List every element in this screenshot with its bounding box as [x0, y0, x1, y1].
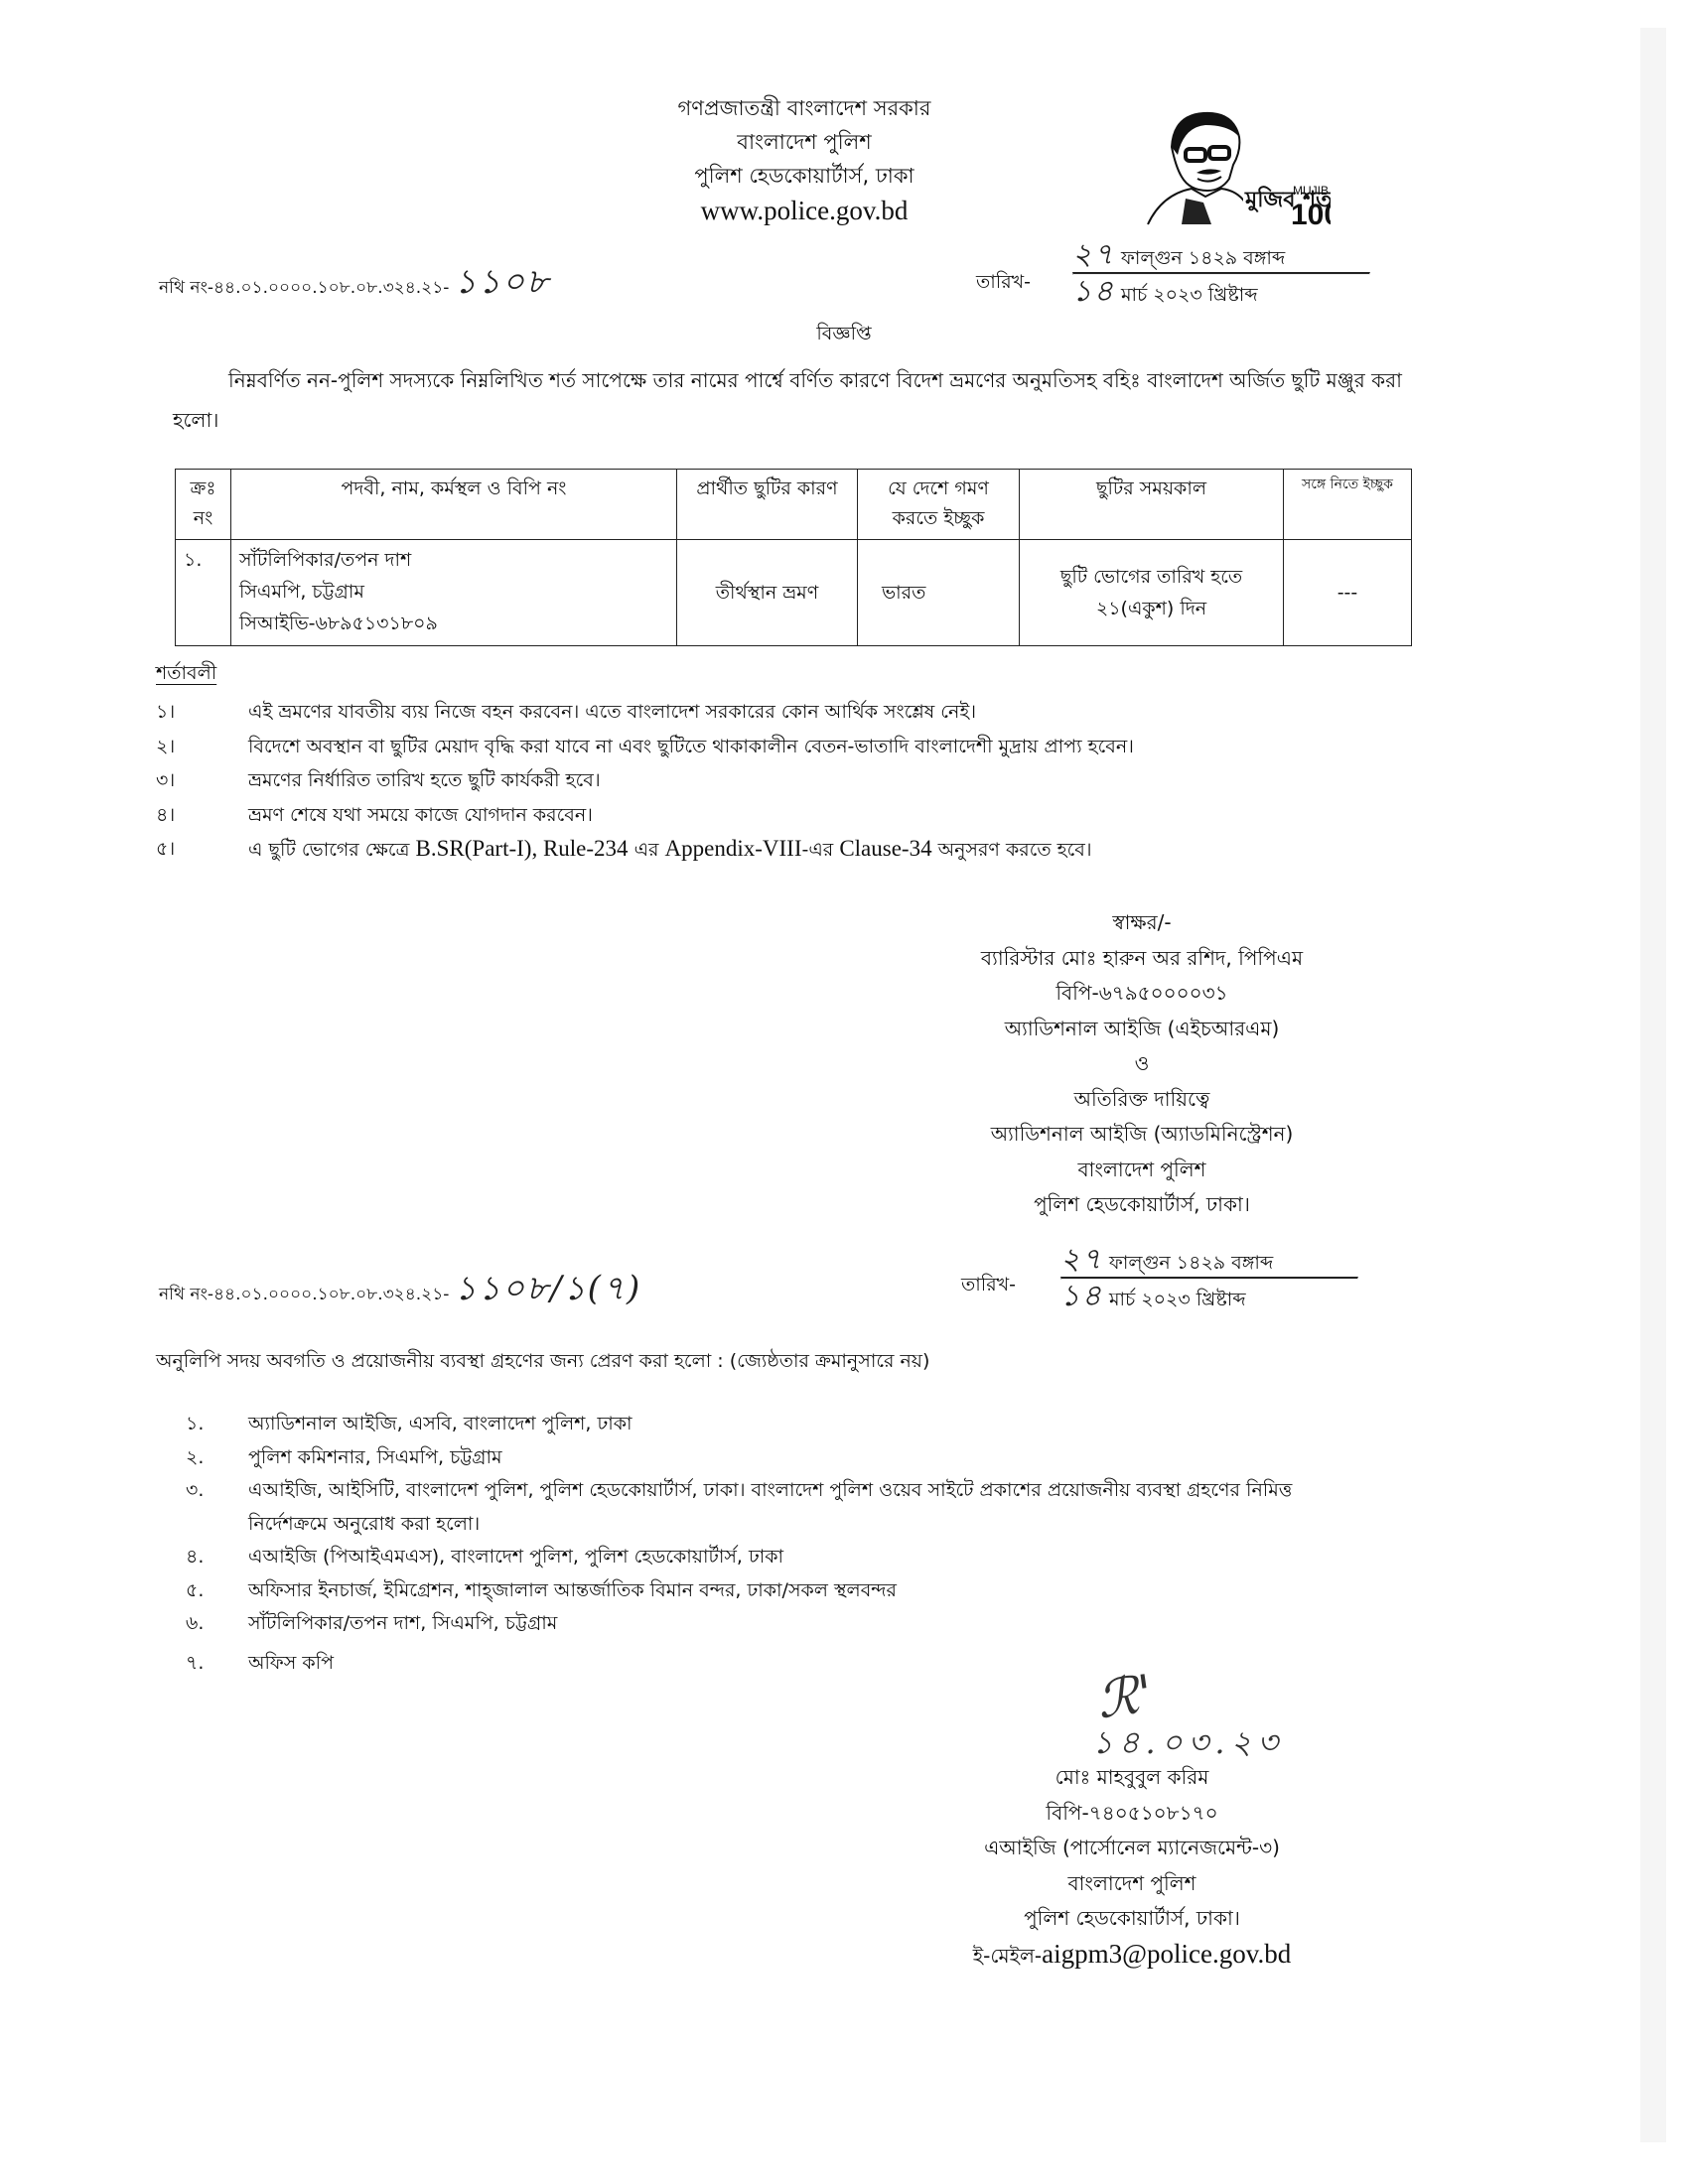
table-header-row: ক্রঃ নং পদবী, নাম, কর্মস্থল ও বিপি নং প্…: [176, 470, 1412, 540]
copy-item: ১. অ্যাডিশনাল আইজি, এসবি, বাংলাদেশ পুলিশ…: [186, 1408, 1427, 1441]
table-row: ১. সাঁটলিপিকার/তপন দাশ সিএমপি, চট্টগ্রাম…: [176, 540, 1412, 646]
notice-title: বিজ্ঞপ্তি: [0, 320, 1688, 351]
svg-text:MUJIB: MUJIB: [1293, 184, 1329, 198]
date-gregorian: ১৪মার্চ ২০২৩ খ্রিষ্টাব্দ: [1072, 275, 1370, 309]
signed-mark: স্বাক্ষর/-: [834, 905, 1450, 941]
col-designation: পদবী, নাম, কর্মস্থল ও বিপি নং: [231, 470, 677, 540]
signature-block-1: স্বাক্ষর/- ব্যারিস্টার মোঃ হারুন অর রশিদ…: [834, 905, 1450, 1223]
copies-list: ১. অ্যাডিশনাল আইজি, এসবি, বাংলাদেশ পুলিশ…: [186, 1408, 1427, 1680]
condition-item: ২। বিদেশে অবস্থান বা ছুটির মেয়াদ বৃদ্ধি…: [156, 730, 1447, 764]
copy-item: ৩. এআইজি, আইসিটি, বাংলাদেশ পুলিশ, পুলিশ …: [186, 1474, 1427, 1541]
file-number-handwritten: ১১০৮: [455, 262, 550, 302]
condition-item: ৩। ভ্রমণের নির্ধারিত তারিখ হতে ছুটি কার্…: [156, 763, 1447, 798]
cell-designation: সাঁটলিপিকার/তপন দাশ সিএমপি, চট্টগ্রাম সি…: [231, 540, 677, 646]
copy-item: ৬. সাঁটলিপিকার/তপন দাশ, সিএমপি, চট্টগ্রা…: [186, 1607, 1427, 1641]
notice-intro: নিম্নবর্ণিত নন-পুলিশ সদস্যকে নিম্নলিখিত …: [173, 360, 1414, 440]
copy-date-label: তারিখ-: [961, 1271, 1016, 1302]
letterhead-department: বাংলাদেশ পুলিশ: [556, 125, 1053, 159]
col-reason: প্রার্থীত ছুটির কারণ: [677, 470, 858, 540]
signatory-and: ও: [834, 1046, 1450, 1082]
mujib-100-logo-icon: মুজিব শতবর্ষ MUJIB 100: [1142, 107, 1331, 228]
condition-item: ৫। এ ছুটি ভোগের ক্ষেত্রে B.SR(Part-I), R…: [156, 832, 1447, 867]
cell-companions: ---: [1284, 540, 1412, 646]
letterhead-office: পুলিশ হেডকোয়ার্টার্স, ঢাকা: [556, 159, 1053, 193]
copy-item: ৭. অফিস কপি: [186, 1647, 1427, 1681]
email-link[interactable]: aigpm3@police.gov.bd: [1042, 1939, 1291, 1969]
copies-intro: অনুলিপি সদয় অবগতি ও প্রয়োজনীয় ব্যবস্থ…: [156, 1347, 929, 1379]
signatory-2-email: ই-মেইল-aigpm3@police.gov.bd: [844, 1937, 1420, 1975]
signature-block-2: মোঃ মাহবুবুল করিম বিপি-৭৪০৫১০৮১৭০ এআইজি …: [844, 1760, 1420, 1974]
signatory-2-office: পুলিশ হেডকোয়ার্টার্স, ঢাকা।: [844, 1901, 1420, 1937]
signatory-2-name: মোঃ মাহবুবুল করিম: [844, 1760, 1420, 1796]
file-number: নথি নং-৪৪.০১.০০০০.১০৮.০৮.৩২৪.২১- ১১০৮: [159, 256, 550, 313]
copy-file-number-prefix: নথি নং-৪৪.০১.০০০০.১০৮.০৮.৩২৪.২১-: [159, 1285, 449, 1304]
copy-date-block: ২৭ফাল্গুন ১৪২৯ বঙ্গাব্দ ১৪মার্চ ২০২৩ খ্র…: [1060, 1243, 1358, 1313]
signatory-office: পুলিশ হেডকোয়ার্টার্স, ঢাকা।: [834, 1187, 1450, 1223]
signatory-title-2: অ্যাডিশনাল আইজি (অ্যাডমিনিস্ট্রেশন): [834, 1117, 1450, 1153]
copy-item: ৪. এআইজি (পিআইএমএস), বাংলাদেশ পুলিশ, পুল…: [186, 1541, 1427, 1574]
copy-date-gregorian: ১৪মার্চ ২০২৩ খ্রিষ্টাব্দ: [1060, 1280, 1358, 1313]
signatory-additional: অতিরিক্ত দায়িত্বে: [834, 1082, 1450, 1118]
date-bangla: ২৭ফাল্গুন ১৪২৯ বঙ্গাব্দ: [1072, 238, 1370, 272]
leave-table: ক্রঃ নং পদবী, নাম, কর্মস্থল ও বিপি নং প্…: [175, 469, 1412, 646]
copy-file-number: নথি নং-৪৪.০১.০০০০.১০৮.০৮.৩২৪.২১- ১১০৮/১(…: [159, 1263, 641, 1319]
signatory-name: ব্যারিস্টার মোঃ হারুন অর রশিদ, পিপিএম: [834, 941, 1450, 977]
condition-item: ১। এই ভ্রমণের যাবতীয় ব্যয় নিজে বহন করব…: [156, 695, 1447, 730]
copy-file-number-handwritten: ১১০৮/১(৭): [455, 1269, 641, 1308]
signatory-2-title: এআইজি (পার্সোনেল ম্যানেজমেন্ট-৩): [844, 1831, 1420, 1866]
signatory-bp: বিপি-৬৭৯৫০০০০৩১: [834, 976, 1450, 1012]
signatory-2-bp: বিপি-৭৪০৫১০৮১৭০: [844, 1796, 1420, 1832]
condition-item: ৪। ভ্রমণ শেষে যথা সময়ে কাজে যোগদান করবে…: [156, 798, 1447, 833]
cell-reason: তীর্থস্থান ভ্রমণ: [677, 540, 858, 646]
cell-serial: ১.: [176, 540, 231, 646]
copy-item: ৫. অফিসার ইনচার্জ, ইমিগ্রেশন, শাহ্জালাল …: [186, 1574, 1427, 1608]
copy-date-bangla: ২৭ফাল্গুন ১৪২৯ বঙ্গাব্দ: [1060, 1243, 1358, 1277]
cell-country: ভারত: [858, 540, 1020, 646]
signatory-org: বাংলাদেশ পুলিশ: [834, 1153, 1450, 1188]
letterhead: গণপ্রজাতন্ত্রী বাংলাদেশ সরকার বাংলাদেশ প…: [556, 91, 1053, 228]
svg-text:100: 100: [1291, 199, 1331, 228]
conditions-list: ১। এই ভ্রমণের যাবতীয় ব্যয় নিজে বহন করব…: [156, 695, 1447, 867]
signatory-title: অ্যাডিশনাল আইজি (এইচআরএম): [834, 1012, 1450, 1047]
col-duration: ছুটির সময়কাল: [1020, 470, 1284, 540]
conditions-title: শর্তাবলী: [156, 659, 216, 691]
cell-duration: ছুটি ভোগের তারিখ হতে ২১(একুশ) দিন: [1020, 540, 1284, 646]
col-serial: ক্রঃ নং: [176, 470, 231, 540]
copy-item: ২. পুলিশ কমিশনার, সিএমপি, চট্টগ্রাম: [186, 1441, 1427, 1475]
col-country: যে দেশে গমণ করতে ইচ্ছুক: [858, 470, 1020, 540]
letterhead-website: www.police.gov.bd: [556, 193, 1053, 228]
date-label: তারিখ-: [976, 268, 1031, 300]
signatory-2-org: বাংলাদেশ পুলিশ: [844, 1866, 1420, 1902]
file-number-prefix: নথি নং-৪৪.০১.০০০০.১০৮.০৮.৩২৪.২১-: [159, 278, 449, 298]
letterhead-government: গণপ্রজাতন্ত্রী বাংলাদেশ সরকার: [556, 91, 1053, 125]
date-block: ২৭ফাল্গুন ১৪২৯ বঙ্গাব্দ ১৪মার্চ ২০২৩ খ্র…: [1072, 238, 1370, 309]
col-companions: সঙ্গে নিতে ইচ্ছুক: [1284, 470, 1412, 540]
